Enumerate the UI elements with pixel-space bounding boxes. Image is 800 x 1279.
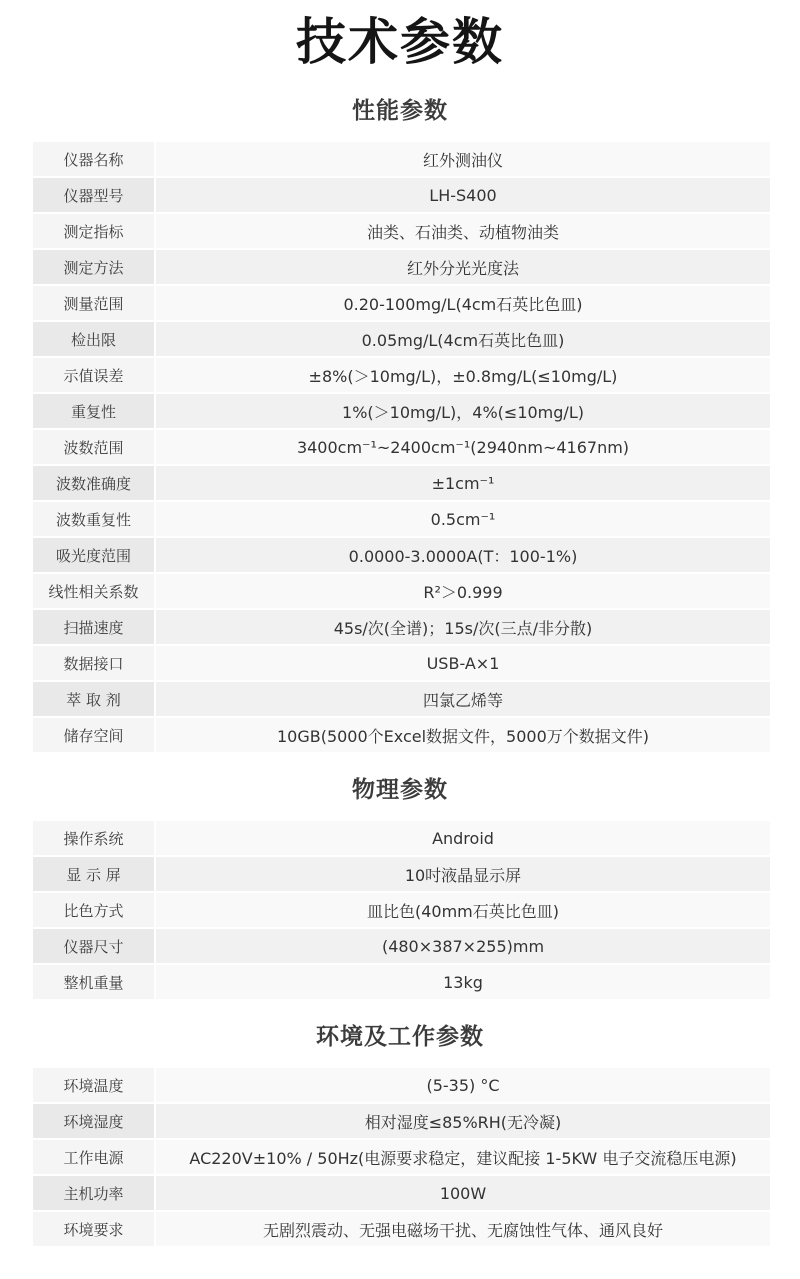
spec-section: 性能参数 仪器名称 红外测油仪 仪器型号 LH-S400 测定指标 油类、石油类… [0,96,800,752]
param-label-cell: 工作电源 [33,1140,154,1174]
param-value-cell: ±1cm⁻¹ [156,466,770,500]
section-heading: 物理参数 [0,775,800,805]
table-row: 比色方式 皿比色(40mm石英比色皿) [33,893,770,927]
table-row: 线性相关系数 R²＞0.999 [33,574,770,608]
param-label-cell: 数据接口 [33,646,154,680]
param-value-cell: 油类、石油类、动植物油类 [156,214,770,248]
table-row: 数据接口 USB-A×1 [33,646,770,680]
param-label-cell: 波数范围 [33,430,154,464]
table-row: 检出限 0.05mg/L(4cm石英比色皿) [33,322,770,356]
param-label-cell: 萃 取 剂 [33,682,154,716]
spec-section: 环境及工作参数 环境温度 (5-35) °C 环境湿度 相对湿度≤85%RH(无… [0,1022,800,1246]
table-row: 测定指标 油类、石油类、动植物油类 [33,214,770,248]
param-value-cell: 45s/次(全谱)；15s/次(三点/非分散) [156,610,770,644]
table-row: 显 示 屏 10吋液晶显示屏 [33,857,770,891]
sections: 性能参数 仪器名称 红外测油仪 仪器型号 LH-S400 测定指标 油类、石油类… [0,96,800,1246]
param-label-cell: 整机重量 [33,965,154,999]
spec-table: 环境温度 (5-35) °C 环境湿度 相对湿度≤85%RH(无冷凝) 工作电源… [33,1068,770,1246]
param-value-cell: 无剧烈震动、无强电磁场干扰、无腐蚀性气体、通风良好 [156,1212,770,1246]
param-label-cell: 线性相关系数 [33,574,154,608]
param-label-cell: 仪器型号 [33,178,154,212]
table-row: 储存空间 10GB(5000个Excel数据文件，5000万个数据文件) [33,718,770,752]
param-value-cell: 100W [156,1176,770,1210]
table-row: 仪器型号 LH-S400 [33,178,770,212]
param-value-cell: 皿比色(40mm石英比色皿) [156,893,770,927]
section-heading: 环境及工作参数 [0,1022,800,1052]
param-value-cell: ±8%(＞10mg/L)，±0.8mg/L(≤10mg/L) [156,358,770,392]
table-row: 示值误差 ±8%(＞10mg/L)，±0.8mg/L(≤10mg/L) [33,358,770,392]
param-value-cell: (5-35) °C [156,1068,770,1102]
param-label-cell: 吸光度范围 [33,538,154,572]
param-value-cell: 0.5cm⁻¹ [156,502,770,536]
param-label-cell: 环境湿度 [33,1104,154,1138]
param-label-cell: 仪器尺寸 [33,929,154,963]
spec-table: 仪器名称 红外测油仪 仪器型号 LH-S400 测定指标 油类、石油类、动植物油… [33,142,770,752]
param-label-cell: 储存空间 [33,718,154,752]
param-value-cell: 0.0000-3.0000A(T：100-1%) [156,538,770,572]
param-label-cell: 扫描速度 [33,610,154,644]
table-row: 环境湿度 相对湿度≤85%RH(无冷凝) [33,1104,770,1138]
table-row: 仪器名称 红外测油仪 [33,142,770,176]
param-label-cell: 仪器名称 [33,142,154,176]
param-value-cell: 相对湿度≤85%RH(无冷凝) [156,1104,770,1138]
table-row: 环境要求 无剧烈震动、无强电磁场干扰、无腐蚀性气体、通风良好 [33,1212,770,1246]
param-value-cell: USB-A×1 [156,646,770,680]
param-label-cell: 测定指标 [33,214,154,248]
section-heading: 性能参数 [0,96,800,126]
table-row: 工作电源 AC220V±10% / 50Hz(电源要求稳定，建议配接 1-5KW… [33,1140,770,1174]
spec-section: 物理参数 操作系统 Android 显 示 屏 10吋液晶显示屏 比色方式 皿比… [0,775,800,999]
param-label-cell: 比色方式 [33,893,154,927]
table-row: 吸光度范围 0.0000-3.0000A(T：100-1%) [33,538,770,572]
param-label-cell: 显 示 屏 [33,857,154,891]
table-row: 仪器尺寸 (480×387×255)mm [33,929,770,963]
param-label-cell: 示值误差 [33,358,154,392]
table-row: 重复性 1%(＞10mg/L)，4%(≤10mg/L) [33,394,770,428]
param-value-cell: R²＞0.999 [156,574,770,608]
param-value-cell: 3400cm⁻¹~2400cm⁻¹(2940nm~4167nm) [156,430,770,464]
table-row: 测量范围 0.20-100mg/L(4cm石英比色皿) [33,286,770,320]
param-value-cell: 红外分光光度法 [156,250,770,284]
param-value-cell: 1%(＞10mg/L)，4%(≤10mg/L) [156,394,770,428]
param-label-cell: 检出限 [33,322,154,356]
param-value-cell: AC220V±10% / 50Hz(电源要求稳定，建议配接 1-5KW 电子交流… [156,1140,770,1174]
spec-table: 操作系统 Android 显 示 屏 10吋液晶显示屏 比色方式 皿比色(40m… [33,821,770,999]
param-value-cell: 四氯乙烯等 [156,682,770,716]
table-row: 萃 取 剂 四氯乙烯等 [33,682,770,716]
table-row: 扫描速度 45s/次(全谱)；15s/次(三点/非分散) [33,610,770,644]
param-label-cell: 测定方法 [33,250,154,284]
page-title: 技术参数 [0,0,800,73]
param-value-cell: LH-S400 [156,178,770,212]
param-value-cell: 10吋液晶显示屏 [156,857,770,891]
param-label-cell: 波数准确度 [33,466,154,500]
table-row: 环境温度 (5-35) °C [33,1068,770,1102]
param-label-cell: 测量范围 [33,286,154,320]
table-row: 波数重复性 0.5cm⁻¹ [33,502,770,536]
table-row: 整机重量 13kg [33,965,770,999]
table-row: 波数范围 3400cm⁻¹~2400cm⁻¹(2940nm~4167nm) [33,430,770,464]
table-row: 测定方法 红外分光光度法 [33,250,770,284]
param-value-cell: 0.20-100mg/L(4cm石英比色皿) [156,286,770,320]
param-value-cell: Android [156,821,770,855]
param-value-cell: 红外测油仪 [156,142,770,176]
param-label-cell: 波数重复性 [33,502,154,536]
param-label-cell: 环境要求 [33,1212,154,1246]
param-value-cell: 13kg [156,965,770,999]
table-row: 操作系统 Android [33,821,770,855]
param-label-cell: 环境温度 [33,1068,154,1102]
table-row: 波数准确度 ±1cm⁻¹ [33,466,770,500]
param-label-cell: 主机功率 [33,1176,154,1210]
param-value-cell: (480×387×255)mm [156,929,770,963]
param-value-cell: 10GB(5000个Excel数据文件，5000万个数据文件) [156,718,770,752]
param-value-cell: 0.05mg/L(4cm石英比色皿) [156,322,770,356]
table-row: 主机功率 100W [33,1176,770,1210]
param-label-cell: 重复性 [33,394,154,428]
param-label-cell: 操作系统 [33,821,154,855]
